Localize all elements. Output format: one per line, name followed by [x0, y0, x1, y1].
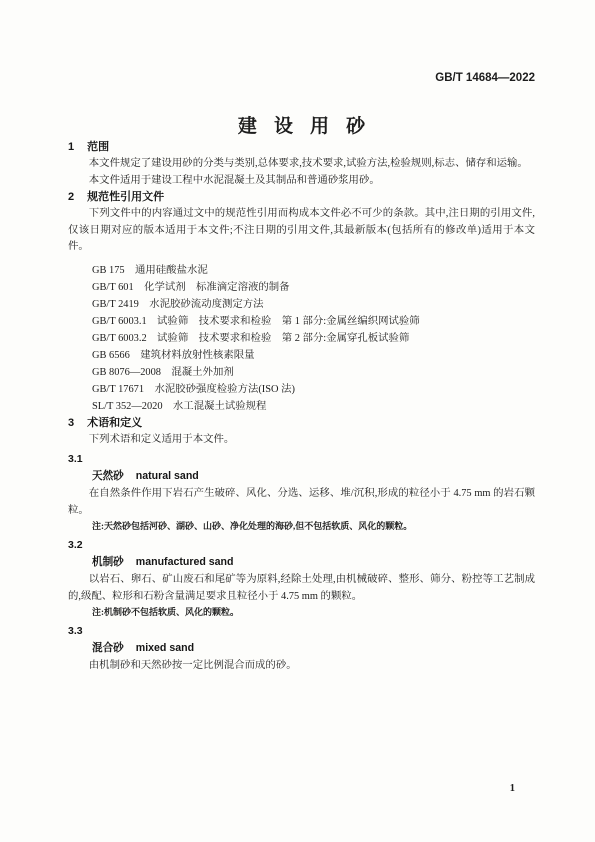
reference-item: GB/T 2419 水泥胶砂流动度测定方法	[68, 296, 535, 313]
term-number: 3.3	[68, 623, 535, 640]
section-3-heading: 3术语和定义	[68, 415, 535, 432]
term-name-zh: 天然砂	[92, 470, 124, 482]
term-number: 3.1	[68, 451, 535, 468]
term-block-manufactured-sand: 3.2 机制砂manufactured sand 以岩石、卵石、矿山废石和尾矿等…	[68, 537, 535, 620]
reference-item: SL/T 352—2020 水工混凝土试验规程	[68, 398, 535, 415]
term-name-en: manufactured sand	[136, 556, 234, 568]
scope-paragraph-2: 本文件适用于建设工程中水泥混凝土及其制品和普通砂浆用砂。	[68, 173, 535, 190]
reference-item: GB/T 601 化学试剂 标准滴定溶液的制备	[68, 279, 535, 296]
scope-paragraph-1: 本文件规定了建设用砂的分类与类别,总体要求,技术要求,试验方法,检验规则,标志、…	[68, 156, 535, 173]
section-3-number: 3	[68, 415, 74, 432]
term-definition: 以岩石、卵石、矿山废石和尾矿等为原料,经除土处理,由机械破碎、整形、筛分、粉控等…	[68, 571, 535, 605]
reference-item: GB/T 6003.2 试验筛 技术要求和检验 第 2 部分:金属穿孔板试验筛	[68, 330, 535, 347]
term-block-natural-sand: 3.1 天然砂natural sand 在自然条件作用下岩石产生破碎、风化、分选…	[68, 451, 535, 534]
term-name-en: mixed sand	[136, 642, 194, 654]
reference-item: GB 8076—2008 混凝土外加剂	[68, 364, 535, 381]
term-name-zh: 混合砂	[92, 642, 124, 654]
term-number: 3.2	[68, 537, 535, 554]
section-2-heading: 2规范性引用文件	[68, 189, 535, 206]
term-name: 混合砂mixed sand	[68, 640, 535, 657]
section-1-number: 1	[68, 139, 74, 156]
term-note: 注:机制砂不包括软质、风化的颗粒。	[68, 605, 535, 620]
reference-item: GB/T 6003.1 试验筛 技术要求和检验 第 1 部分:金属丝编织网试验筛	[68, 313, 535, 330]
section-3-title: 术语和定义	[87, 417, 142, 429]
term-block-mixed-sand: 3.3 混合砂mixed sand 由机制砂和天然砂按一定比例混合而成的砂。	[68, 623, 535, 674]
section-1-heading: 1范围	[68, 139, 535, 156]
document-page: GB/T 14684—2022 建设用砂 1范围 本文件规定了建设用砂的分类与类…	[0, 0, 595, 842]
terms-intro-paragraph: 下列术语和定义适用于本文件。	[68, 432, 535, 449]
section-2-title: 规范性引用文件	[87, 191, 164, 203]
page-number: 1	[510, 783, 515, 794]
reference-item: GB/T 17671 水泥胶砂强度检验方法(ISO 法)	[68, 381, 535, 398]
reference-item: GB 6566 建筑材料放射性核素限量	[68, 347, 535, 364]
term-definition: 由机制砂和天然砂按一定比例混合而成的砂。	[68, 657, 535, 674]
reference-list: GB 175 通用硅酸盐水泥 GB/T 601 化学试剂 标准滴定溶液的制备 G…	[68, 262, 535, 415]
term-name-en: natural sand	[136, 470, 199, 482]
term-name: 机制砂manufactured sand	[68, 554, 535, 571]
section-1-title: 范围	[87, 141, 109, 153]
document-title: 建设用砂	[68, 115, 535, 139]
reference-item: GB 175 通用硅酸盐水泥	[68, 262, 535, 279]
section-normative-references: 2规范性引用文件 下列文件中的内容通过文中的规范性引用而构成本文件必不可少的条款…	[68, 189, 535, 415]
references-intro-paragraph: 下列文件中的内容通过文中的规范性引用而构成本文件必不可少的条款。其中,注日期的引…	[68, 206, 535, 256]
term-name-zh: 机制砂	[92, 556, 124, 568]
term-note: 注:天然砂包括河砂、湖砂、山砂、净化处理的海砂,但不包括软质、风化的颗粒。	[68, 519, 535, 534]
section-2-number: 2	[68, 189, 74, 206]
section-scope: 1范围 本文件规定了建设用砂的分类与类别,总体要求,技术要求,试验方法,检验规则…	[68, 139, 535, 189]
term-name: 天然砂natural sand	[68, 468, 535, 485]
section-terms-definitions: 3术语和定义 下列术语和定义适用于本文件。 3.1 天然砂natural san…	[68, 415, 535, 675]
term-definition: 在自然条件作用下岩石产生破碎、风化、分选、运移、堆/沉积,形成的粒径小于 4.7…	[68, 485, 535, 519]
standard-code: GB/T 14684—2022	[68, 72, 535, 85]
